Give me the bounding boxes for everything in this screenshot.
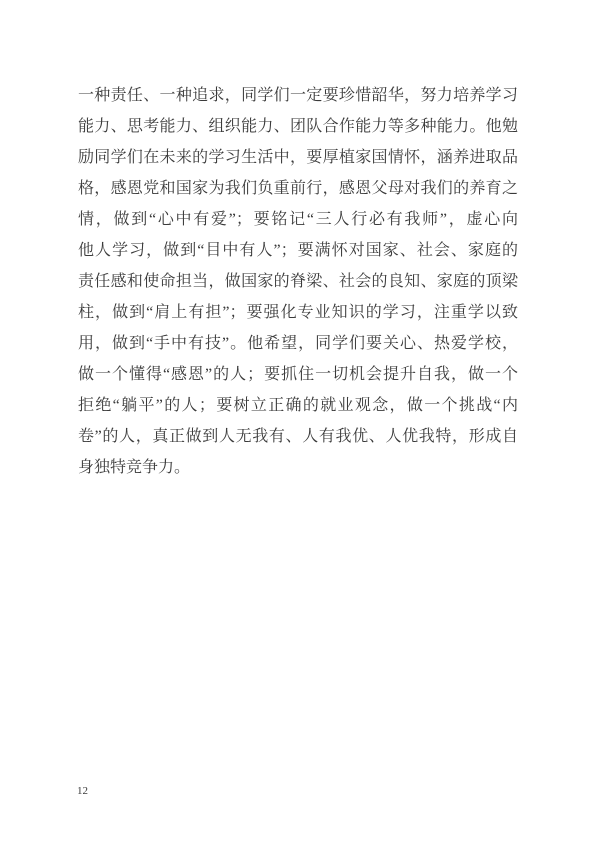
text-line: 励同学们在未来的学习生活中，要厚植家国情怀，涵养进取品 bbox=[78, 142, 518, 173]
text-line: 一种责任、一种追求，同学们一定要珍惜韶华，努力培养学习 bbox=[78, 80, 518, 111]
text-line: 拒绝“躺平”的人；要树立正确的就业观念，做一个挑战“内 bbox=[78, 390, 518, 421]
page-number: 12 bbox=[77, 784, 88, 798]
body-paragraph: 一种责任、一种追求，同学们一定要珍惜韶华，努力培养学习能力、思考能力、组织能力、… bbox=[78, 80, 518, 483]
text-line: 情，做到“心中有爱”；要铭记“三人行必有我师”，虚心向 bbox=[78, 204, 518, 235]
text-line: 身独特竞争力。 bbox=[78, 452, 518, 483]
text-line: 他人学习，做到“目中有人”；要满怀对国家、社会、家庭的 bbox=[78, 235, 518, 266]
text-line: 责任感和使命担当，做国家的脊梁、社会的良知、家庭的顶梁 bbox=[78, 266, 518, 297]
text-line: 柱，做到“肩上有担”；要强化专业知识的学习，注重学以致 bbox=[78, 297, 518, 328]
text-line: 格，感恩党和国家为我们负重前行，感恩父母对我们的养育之 bbox=[78, 173, 518, 204]
text-line: 用，做到“手中有技”。他希望，同学们要关心、热爱学校， bbox=[78, 328, 518, 359]
text-line: 卷”的人，真正做到人无我有、人有我优、人优我特，形成自 bbox=[78, 421, 518, 452]
document-page: 一种责任、一种追求，同学们一定要珍惜韶华，努力培养学习能力、思考能力、组织能力、… bbox=[0, 0, 595, 841]
text-line: 做一个懂得“感恩”的人；要抓住一切机会提升自我，做一个 bbox=[78, 359, 518, 390]
text-line: 能力、思考能力、组织能力、团队合作能力等多种能力。他勉 bbox=[78, 111, 518, 142]
